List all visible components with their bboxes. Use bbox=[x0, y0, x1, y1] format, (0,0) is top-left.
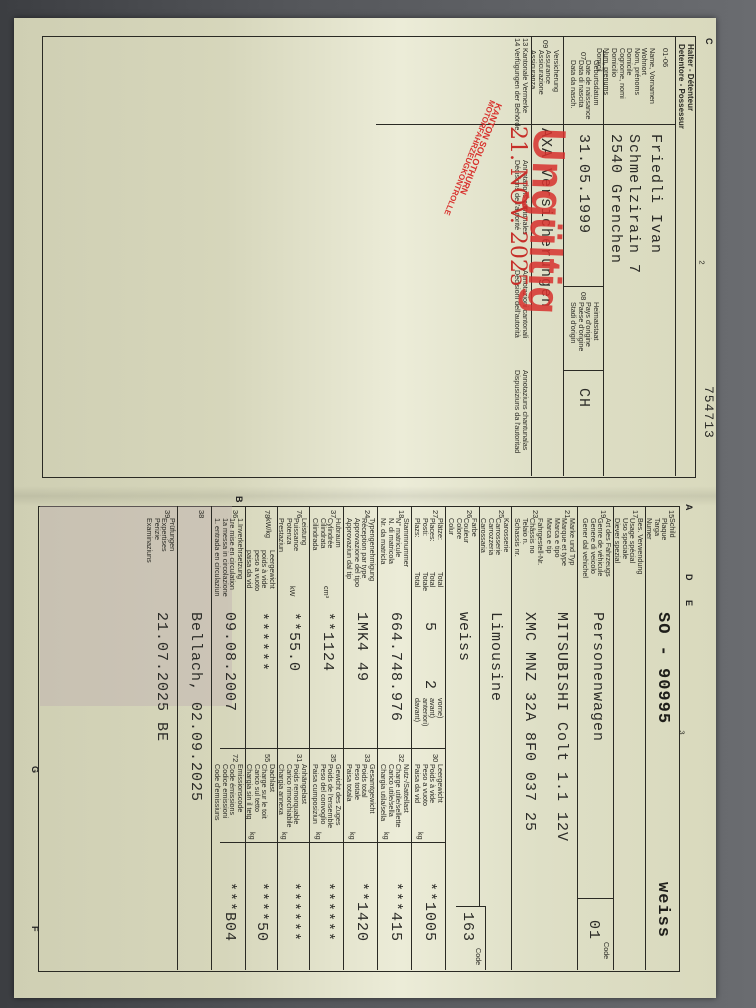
divider bbox=[343, 748, 344, 970]
section-c-letter: C bbox=[704, 38, 714, 45]
field-33-code: 33 bbox=[363, 754, 372, 762]
divider bbox=[220, 842, 446, 843]
divider bbox=[485, 906, 486, 970]
divider bbox=[445, 506, 446, 970]
field-24-label: Typengenehmigung Réception par type Appr… bbox=[346, 518, 376, 587]
vehicle-kind-code: 01 bbox=[585, 920, 602, 940]
divider bbox=[411, 748, 412, 970]
trailer-load: ****** bbox=[285, 882, 302, 942]
serial-number: 754713 bbox=[701, 386, 716, 439]
field-14-code: 14 bbox=[513, 38, 522, 46]
field-31-unit: kg bbox=[280, 832, 288, 840]
seats-front: 2 bbox=[421, 680, 438, 690]
field-37-unit: cm³ bbox=[322, 586, 330, 598]
field-39-label: Prüfungen Expertises Perizie Examinaziun… bbox=[146, 518, 176, 563]
field-17-label: Bes. Verwendung Usage spécial Uso specia… bbox=[614, 518, 644, 574]
type-approval: 1MK4 49 bbox=[353, 612, 370, 682]
field-32-code: 32 bbox=[397, 754, 406, 762]
color: weiss bbox=[455, 612, 472, 662]
section-b-letter: B bbox=[234, 496, 244, 503]
field-33-unit: kg bbox=[348, 832, 356, 840]
field-18-label: Stammnummer N° matricule N. di matricola… bbox=[380, 518, 410, 567]
section-a-letter: A bbox=[684, 504, 694, 511]
field-25-label: Karosserie Carrosserie Carrozzeria Caros… bbox=[480, 518, 510, 555]
section-e-letter: E bbox=[684, 600, 694, 606]
train-weight: ****** bbox=[319, 882, 336, 942]
divider bbox=[645, 506, 646, 970]
inspection-date: 21.07.2025 BE bbox=[153, 612, 170, 742]
divider bbox=[613, 506, 614, 970]
field-78-sub-label: Leergewicht poids à vide peso a vuoto pa… bbox=[246, 550, 276, 591]
birth-date: 31.05.1999 bbox=[575, 134, 592, 234]
date-stamp: 21. NOV. 2025 bbox=[505, 126, 530, 287]
displacement: **1124 bbox=[319, 612, 336, 672]
plate-number: SO - 90995 bbox=[653, 612, 672, 724]
field-33-label: Gesamtgewicht Poids total Peso totale Pa… bbox=[346, 764, 376, 814]
divider bbox=[309, 506, 310, 748]
divider bbox=[245, 506, 246, 748]
holder-city: 2540 Grenchen bbox=[607, 134, 624, 264]
chassis-number: XMC MNZ 32A 8F0 037 25 bbox=[521, 612, 538, 832]
field-35-code: 35 bbox=[329, 754, 338, 762]
field-19-label: Art des Fahrzeugs Genre de véhicule Gene… bbox=[582, 518, 612, 578]
first-registration: 09.08.2007 bbox=[221, 612, 238, 712]
divider bbox=[343, 506, 344, 748]
roof-load: ****50 bbox=[253, 882, 270, 942]
field-23-label: Fahrgestell-Nr. Châssis no Telaio n. Sch… bbox=[514, 518, 544, 565]
holder-name: Friedli Ivan bbox=[647, 134, 664, 254]
issue-place-date: Bellach, 02.09.2025 bbox=[187, 612, 204, 802]
divider bbox=[675, 36, 676, 476]
field-31-label: Anhängelast Poids remorquable Carico rim… bbox=[278, 764, 308, 828]
field-09-label: Versicherung Assurance Assicurazione Ass… bbox=[530, 50, 560, 95]
field-27-front-label: vorne) avant) anteriori) davant) bbox=[414, 698, 444, 726]
section-f-letter: F bbox=[30, 926, 40, 932]
holder-header: Halter - Détenteur Detentore - Possessur bbox=[677, 44, 694, 129]
vehicle-kind: Personenwagen bbox=[589, 612, 606, 742]
divider bbox=[479, 506, 480, 906]
field-01-06-label: Name, Vornamen Wohnort Nom, prénoms Domi… bbox=[595, 48, 656, 104]
divider bbox=[377, 506, 378, 748]
field-32-label: Nutz-/Sattellast Charge utile/sellette C… bbox=[380, 764, 410, 828]
vehicle-page: A D E 15 Schild Plaque Targa Numer SO - … bbox=[38, 502, 702, 980]
field-31-code: 31 bbox=[295, 754, 304, 762]
field-38-code: 38 bbox=[197, 510, 206, 518]
field-72-code: 72 bbox=[231, 754, 240, 762]
plate-color: weiss bbox=[653, 882, 672, 938]
field-19-code-label: Code bbox=[602, 942, 610, 959]
field-27-label: Plätze: Places: Posti: Plazs: bbox=[414, 518, 444, 542]
holder-street: Schmelzirain 7 bbox=[625, 134, 642, 274]
field-01-06-code: 01-06 bbox=[661, 48, 670, 67]
field-32-unit: kg bbox=[382, 832, 390, 840]
field-27-total-label: Total Total Totale Total bbox=[414, 572, 444, 591]
field-76-label: Leistung Puissance Potenza Prestaziun bbox=[278, 518, 308, 552]
divider bbox=[564, 370, 604, 371]
make-model: MITSUBISHI Colt 1.1 12V bbox=[553, 612, 570, 842]
holder-page: C Halter - Détenteur Detentore - Possess… bbox=[40, 30, 700, 482]
empty-weight: **1005 bbox=[421, 882, 438, 942]
field-08-label: Heimatstaat Pays d'origine Paese d'origi… bbox=[570, 302, 600, 351]
field-30-unit: kg bbox=[416, 832, 424, 840]
field-26-label: Farbe Couleur Colore Colur bbox=[448, 518, 478, 543]
field-25-code-label: Code bbox=[474, 948, 482, 965]
divider bbox=[220, 748, 446, 749]
field-76-unit: kW bbox=[288, 586, 296, 596]
divider bbox=[277, 748, 278, 970]
field-07-label: Geburtsdatum Date de naissance Data di n… bbox=[570, 60, 600, 120]
section-g-letter: G bbox=[30, 766, 40, 773]
power: **55.0 bbox=[285, 612, 302, 672]
body-type-code: 163 bbox=[459, 912, 476, 942]
total-weight: **1420 bbox=[353, 882, 370, 942]
field-13-code: 13 bbox=[521, 38, 530, 46]
divider bbox=[277, 506, 278, 748]
divider bbox=[603, 50, 604, 476]
power-to-weight: ****** bbox=[253, 612, 270, 672]
emission-code: ***B04 bbox=[221, 882, 238, 942]
field-30-code: 30 bbox=[431, 754, 440, 762]
matriculation-number: 664.748.976 bbox=[387, 612, 404, 722]
payload: ***415 bbox=[387, 882, 404, 942]
field-21-label: Marke und Typ Marque et type Marca e tip… bbox=[546, 518, 576, 566]
seats-total: 5 bbox=[421, 622, 438, 632]
field-78-label: kW/kg bbox=[264, 518, 272, 538]
field-55-label: Dachlast Charge sur le toit Carico sul t… bbox=[246, 764, 276, 820]
divider bbox=[578, 898, 614, 899]
body-type: Limousine bbox=[487, 612, 504, 702]
divider bbox=[177, 506, 178, 970]
field-15-label: Schild Plaque Targa Numer bbox=[646, 518, 676, 540]
divider bbox=[511, 506, 512, 970]
section-d-letter: D bbox=[684, 574, 694, 581]
cantonal-notes-rm: Annotaziuns chantunalas Dispusiziuns da … bbox=[514, 370, 529, 453]
divider bbox=[309, 748, 310, 970]
field-08-code: 08 bbox=[579, 292, 588, 300]
field-35-unit: kg bbox=[314, 832, 322, 840]
field-09-code: 09 bbox=[541, 40, 550, 48]
field-55-unit: kg bbox=[248, 832, 256, 840]
divider bbox=[245, 748, 246, 970]
field-72-label: Emissionscode Code émissions Codice emis… bbox=[214, 764, 244, 821]
field-55-code: 55 bbox=[263, 754, 272, 762]
origin-country: CH bbox=[575, 388, 592, 408]
divider bbox=[577, 506, 578, 970]
cantonal-notes-de: Kantonale Vermerke Verfügungen der Behör… bbox=[514, 48, 529, 130]
field-30-label: Leergewicht Poids à vide Peso a vuoto Pa… bbox=[414, 764, 444, 806]
divider bbox=[211, 506, 212, 970]
divider bbox=[377, 748, 378, 970]
field-37-label: Hubraum Cylindrée Cilindrata Cilindrada bbox=[312, 518, 342, 550]
field-35-label: Gewicht des Zuges Poids de l'ensemble Pe… bbox=[312, 764, 342, 828]
divider bbox=[456, 906, 486, 907]
field-36-label: 1.Inverkehrsetzung 1re mise en circulati… bbox=[214, 518, 244, 597]
